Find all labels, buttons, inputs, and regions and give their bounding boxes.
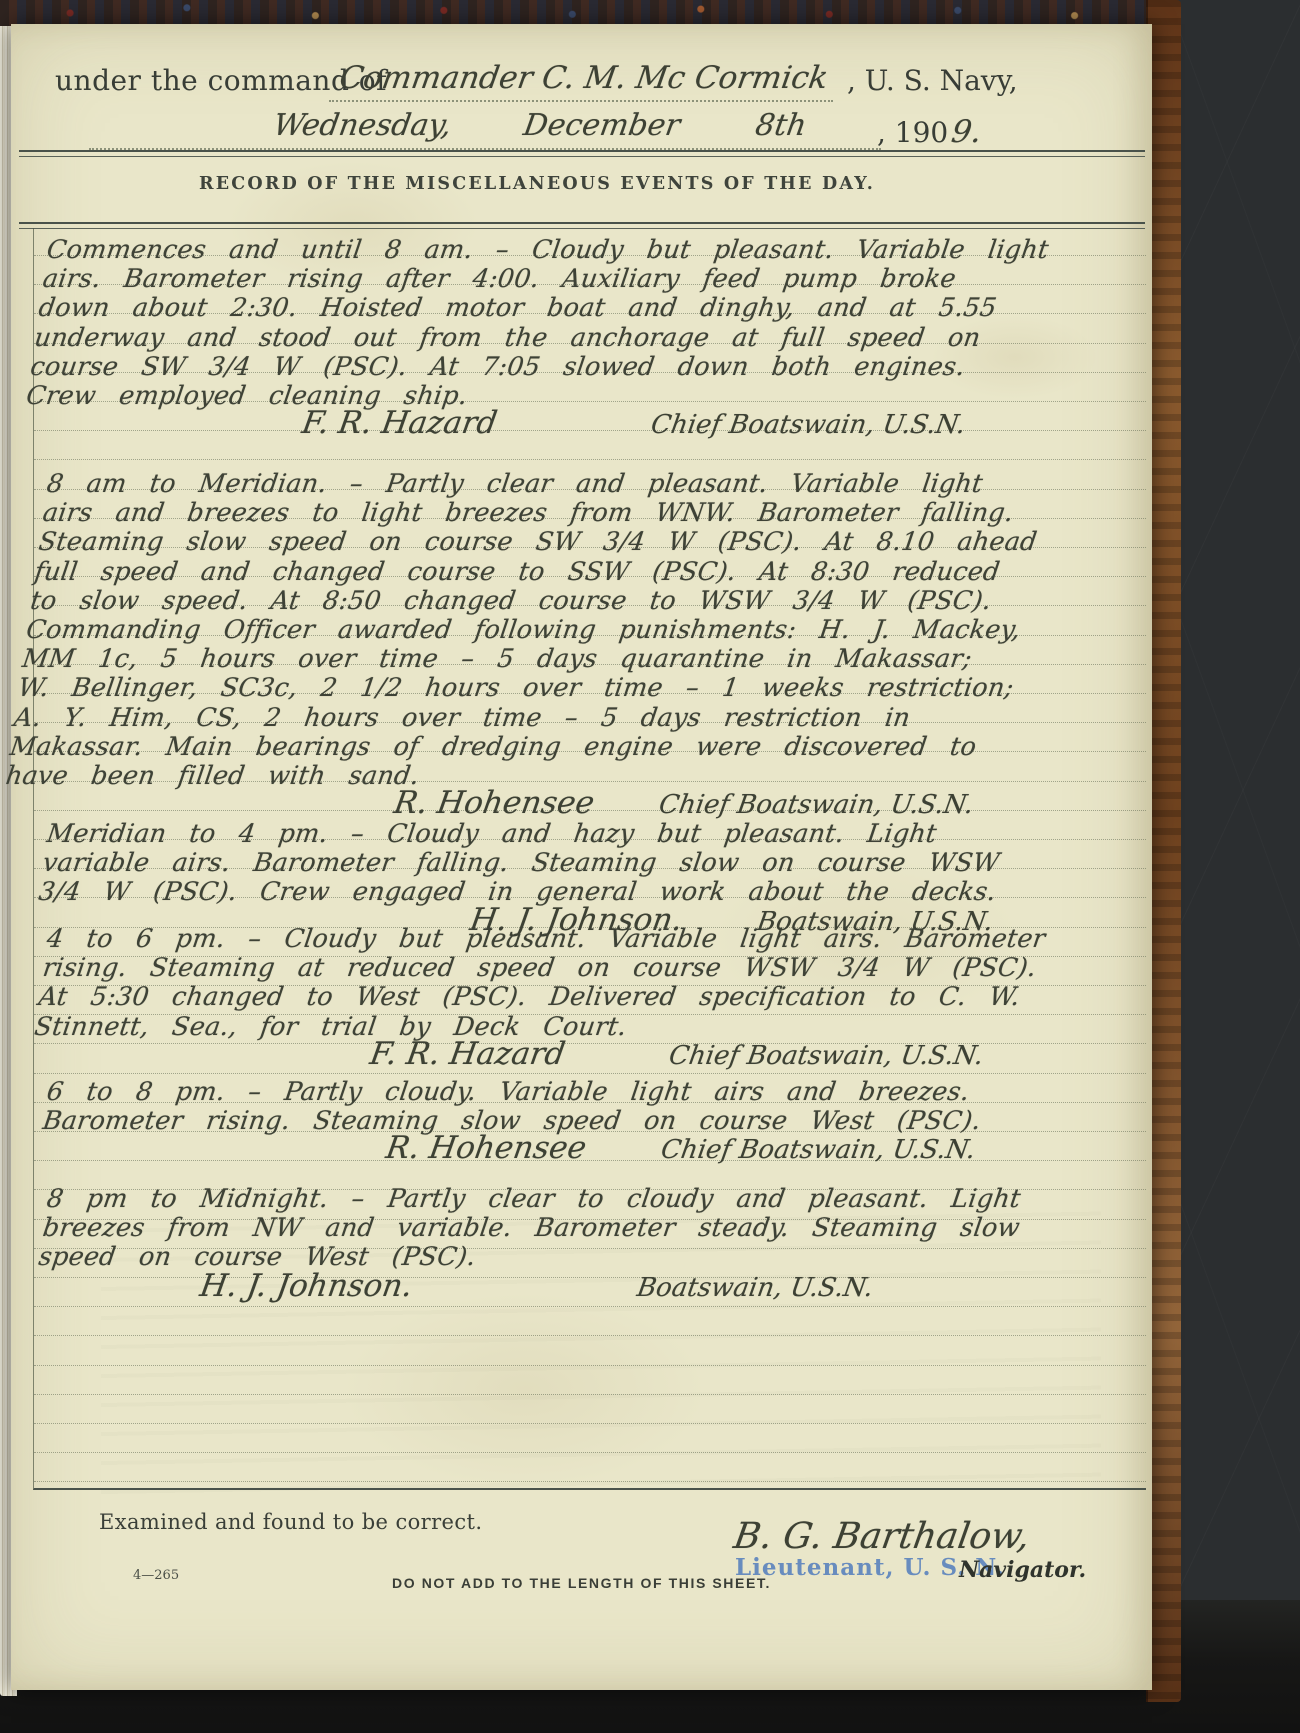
signature-name: F. R. Hazard xyxy=(300,408,499,438)
year-digit-handwritten: 9. xyxy=(949,114,984,150)
header-date-line: Wednesday, December 8th , 1909. xyxy=(11,108,1152,152)
year-printed-prefix: , 1909. xyxy=(877,114,979,150)
entry-signature-block: H. J. Johnson. Boatswain, U.S.N. xyxy=(49,1273,1051,1302)
ruled-line xyxy=(34,1423,1146,1424)
entry-signature-block: F. R. Hazard Chief Boatswain, U.S.N. xyxy=(49,411,1051,439)
weekday-handwritten: Wednesday, xyxy=(271,108,448,143)
examined-note: Examined and found to be correct. xyxy=(99,1510,482,1534)
ruled-line xyxy=(34,1335,1146,1336)
log-entry-meridian-to-4pm: Meridian to 4 pm. – Cloudy and hazy but … xyxy=(49,820,1051,936)
signature-rank: Chief Boatswain, U.S.N. xyxy=(667,1042,985,1070)
entry-text: 6 to 8 pm. – Partly cloudy. Variable lig… xyxy=(41,1078,1051,1136)
ruled-line xyxy=(34,1452,1146,1453)
section-title: RECORD OF THE MISCELLANEOUS EVENTS OF TH… xyxy=(11,174,1063,194)
signature-rank: Chief Boatswain, U.S.N. xyxy=(659,1136,977,1164)
ruled-line xyxy=(34,1073,1146,1074)
entry-text: 8 pm to Midnight. – Partly clear to clou… xyxy=(37,1185,1051,1273)
logbook-page: under the command of Commander C. M. Mc … xyxy=(11,24,1152,1690)
book-board-top-marbled xyxy=(0,0,1168,26)
entry-text: 8 am to Meridian. – Partly clear and ple… xyxy=(4,470,1051,791)
log-entry-6-to-8pm: 6 to 8 pm. – Partly cloudy. Variable lig… xyxy=(49,1078,1051,1164)
ruled-line xyxy=(34,1306,1146,1307)
log-entry-8pm-to-midnight: 8 pm to Midnight. – Partly clear to clou… xyxy=(49,1185,1051,1302)
ruled-line xyxy=(34,1481,1146,1482)
log-entry-0000-to-8am: Commences and until 8 am. – Cloudy but p… xyxy=(49,236,1051,439)
navigator-signature: B. G. Barthalow, xyxy=(731,1516,1061,1557)
signature-rank: Chief Boatswain, U.S.N. xyxy=(649,411,967,439)
signature-rank: Chief Boatswain, U.S.N. xyxy=(657,791,975,819)
header-command-line: under the command of Commander C. M. Mc … xyxy=(11,60,1152,104)
length-warning: DO NOT ADD TO THE LENGTH OF THIS SHEET. xyxy=(11,1575,1152,1591)
commander-name-blank: Commander C. M. Mc Cormick xyxy=(329,56,833,102)
commander-name-handwritten: Commander C. M. Mc Cormick xyxy=(337,56,831,96)
log-entry-4-to-6pm: 4 to 6 pm. – Cloudy but pleasant. Variab… xyxy=(49,925,1051,1070)
double-rule-top xyxy=(19,150,1145,157)
signature-name: R. Hohensee xyxy=(384,1133,588,1163)
signature-name: H. J. Johnson. xyxy=(198,1271,415,1301)
entry-text: Commences and until 8 am. – Cloudy but p… xyxy=(24,236,1051,411)
entry-signature-block: F. R. Hazard Chief Boatswain, U.S.N. xyxy=(49,1042,1051,1070)
month-handwritten: December xyxy=(521,108,677,143)
day-handwritten: 8th xyxy=(753,108,803,143)
ruled-line xyxy=(34,1365,1146,1366)
entry-text: 4 to 6 pm. – Cloudy but pleasant. Variab… xyxy=(33,925,1051,1042)
ruled-line xyxy=(34,459,1146,460)
signature-rank: Boatswain, U.S.N. xyxy=(635,1274,875,1302)
ruled-line xyxy=(34,1394,1146,1395)
signature-name: R. Hohensee xyxy=(392,788,596,818)
entry-signature-block: R. Hohensee Chief Boatswain, U.S.N. xyxy=(49,791,1051,819)
entry-text: Meridian to 4 pm. – Cloudy and hazy but … xyxy=(37,820,1051,908)
log-entry-8am-to-meridian: 8 am to Meridian. – Partly clear and ple… xyxy=(49,470,1051,819)
signature-name: F. R. Hazard xyxy=(368,1039,567,1069)
navy-suffix-label: , U. S. Navy, xyxy=(847,64,1018,97)
entry-signature-block: R. Hohensee Chief Boatswain, U.S.N. xyxy=(49,1136,1051,1164)
